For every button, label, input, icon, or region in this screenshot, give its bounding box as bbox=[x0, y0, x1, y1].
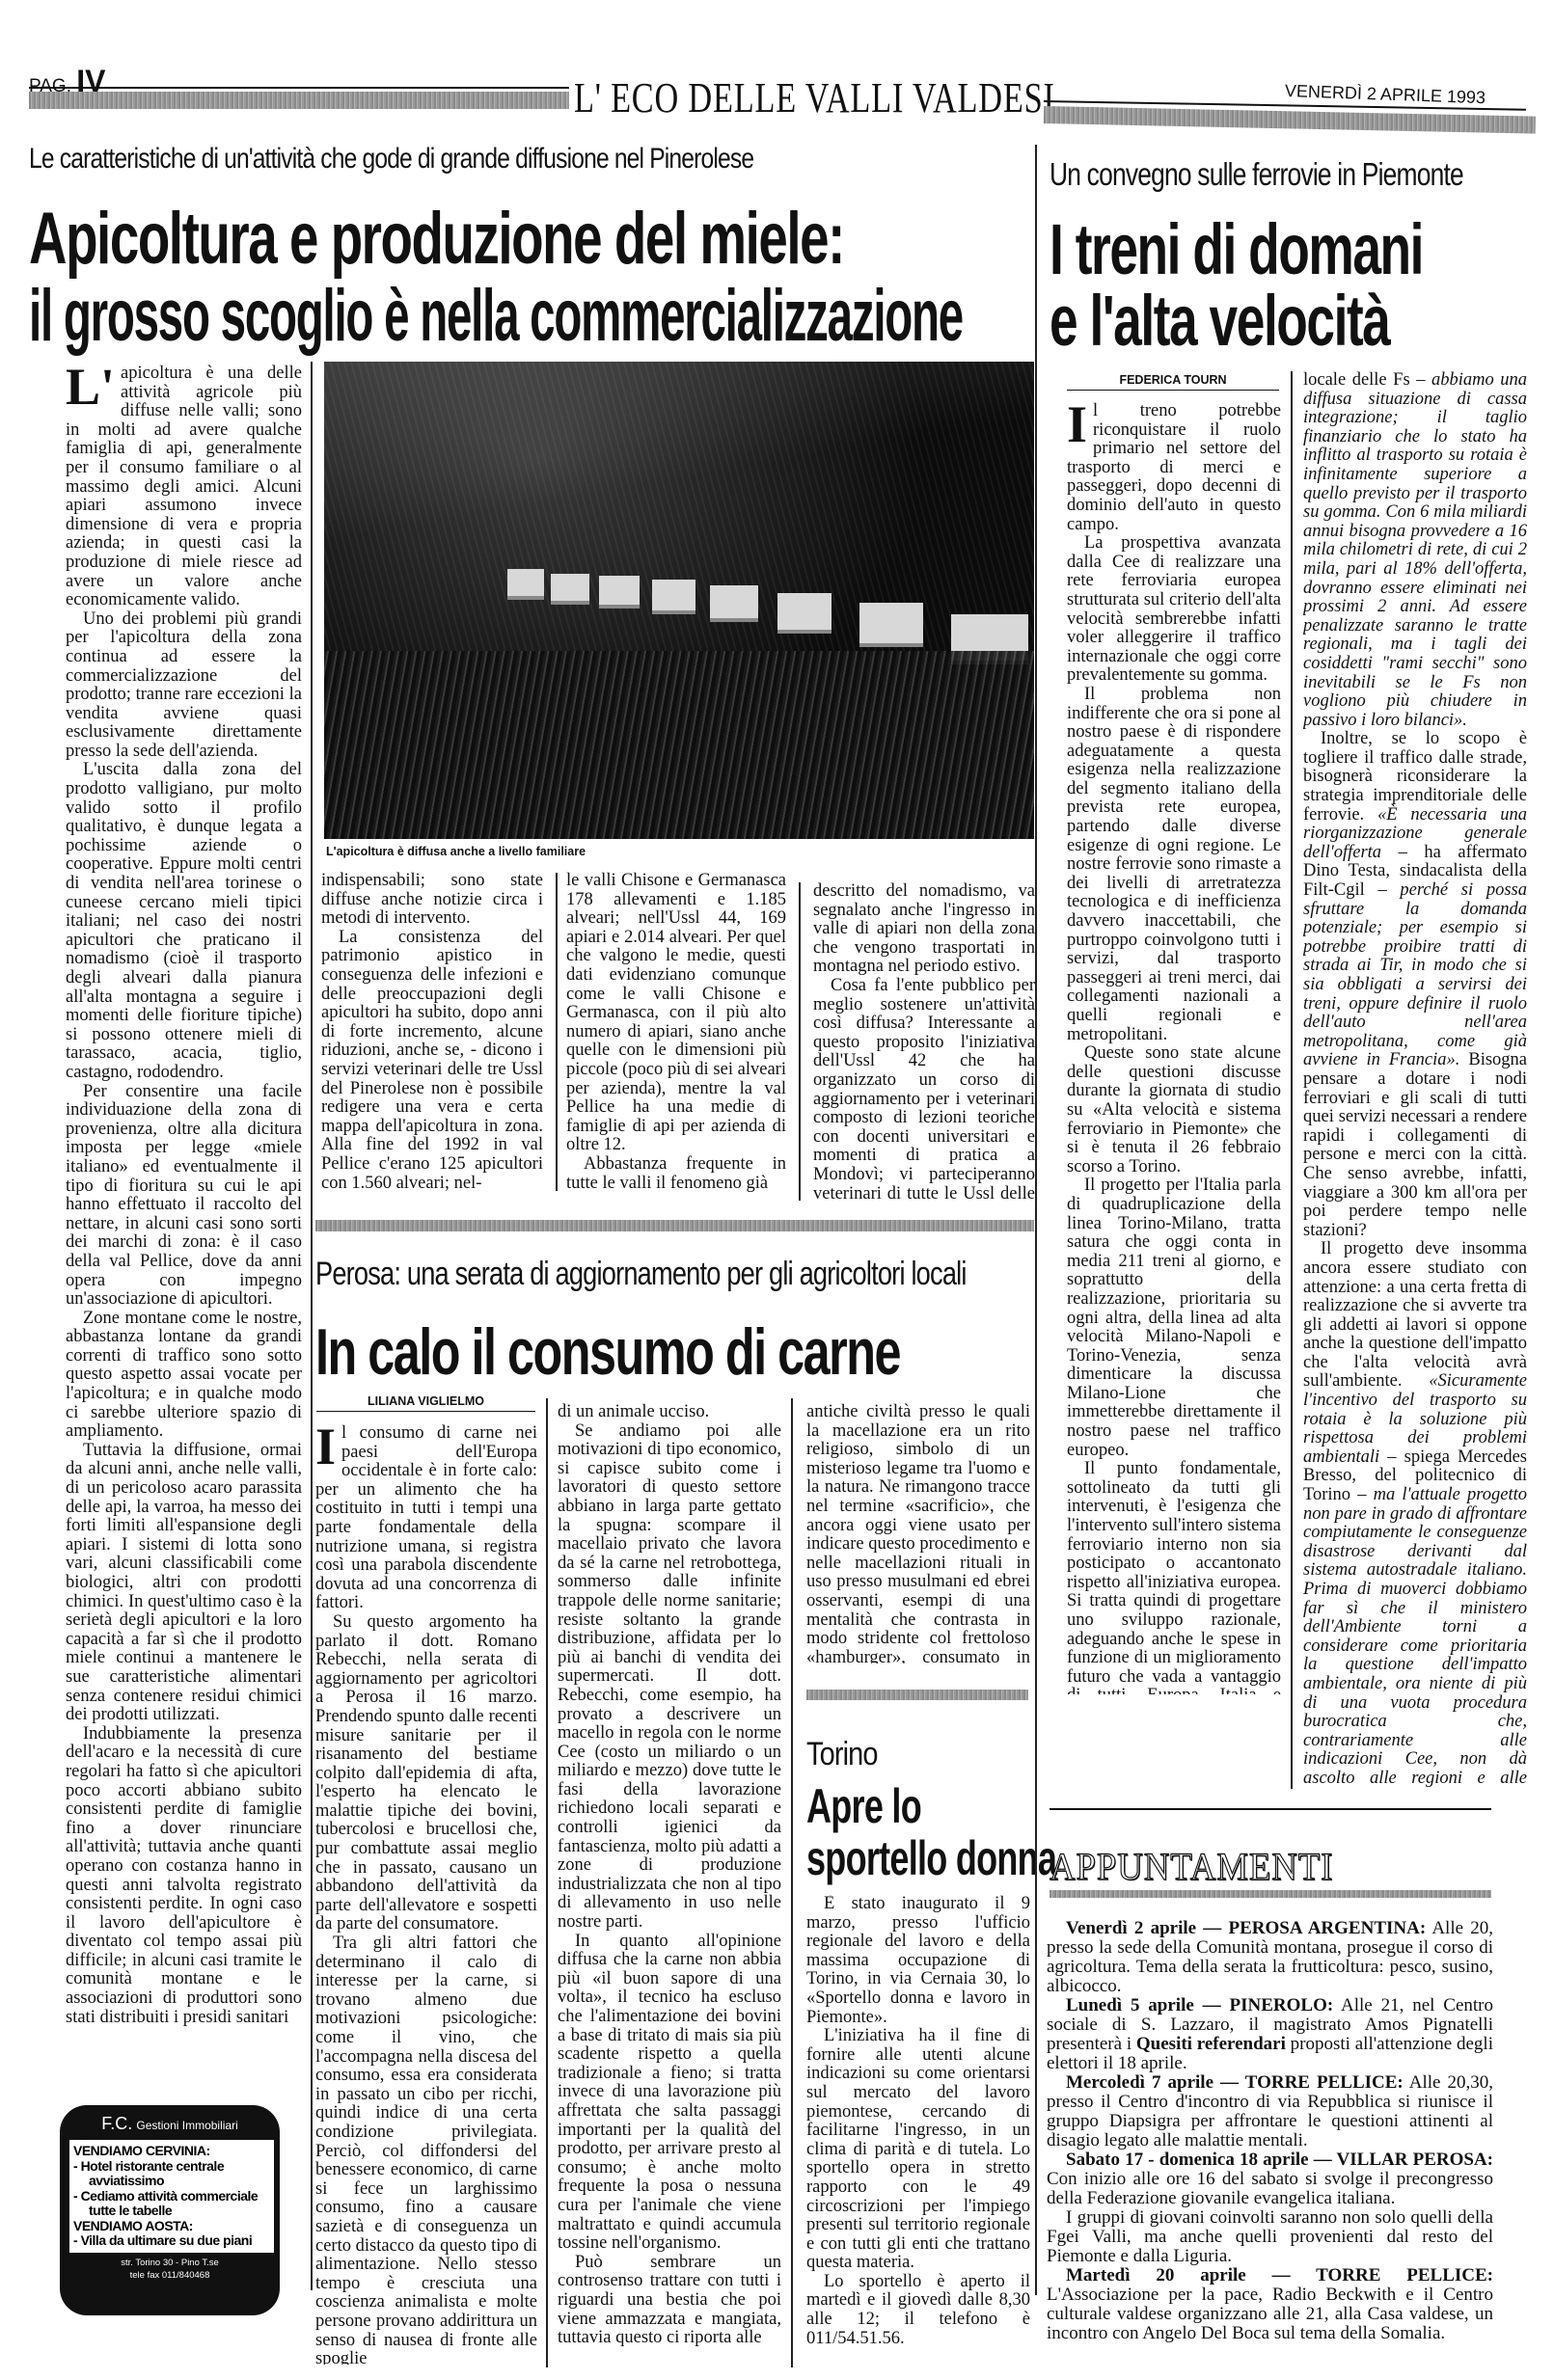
torino-body: È stato inaugurato il 9 marzo, presso l'… bbox=[806, 1895, 1030, 2358]
torino-kicker: Torino bbox=[806, 1736, 878, 1773]
photo-caption: L'apicoltura è diffusa anche a livello f… bbox=[326, 845, 586, 858]
trains-column-2: locale delle Fs – abbiamo una diffusa si… bbox=[1303, 371, 1527, 1789]
ad-heading: VENDIAMO CERVINIA: bbox=[73, 2144, 270, 2159]
ad-listing: VENDIAMO CERVINIA: - Hotel ristorante ce… bbox=[69, 2140, 274, 2253]
appointments-band bbox=[1050, 1890, 1491, 1898]
appointments-list: Venerdì 2 aprile — PEROSA ARGENTINA: All… bbox=[1047, 1919, 1493, 2343]
newspaper-title: L' ECO DELLE VALLI VALDESI bbox=[574, 73, 1055, 122]
bees-column-2: indispensabili; sono state diffuse anche… bbox=[321, 872, 543, 1200]
meat-column-3: antiche civiltà presso le quali la macel… bbox=[806, 1403, 1030, 1663]
appointment-item: Mercoledì 7 aprile — TORRE PELLICE: Alle… bbox=[1047, 2073, 1493, 2150]
trains-column-1: Il treno potrebbe riconquistare il ruolo… bbox=[1067, 402, 1281, 1694]
meat-column-1: Il consumo di carne nei paesi dell'Europ… bbox=[315, 1424, 537, 2365]
column-divider bbox=[556, 873, 558, 1191]
appointment-item: Venerdì 2 aprile — PEROSA ARGENTINA: All… bbox=[1047, 1919, 1493, 1996]
ad-item: - Cediamo attività commerciale tutte le … bbox=[73, 2189, 270, 2219]
torino-headline-line2: sportello donna bbox=[806, 1834, 1056, 1882]
ad-address: str. Torino 30 - Pino T.se bbox=[60, 2257, 280, 2269]
section-rule bbox=[1050, 1808, 1491, 1810]
bees-column-4: descritto del nomadismo, va segnalato an… bbox=[813, 882, 1035, 1201]
bees-column-3: le valli Chisone e Germanasca 178 alleva… bbox=[566, 872, 786, 1200]
section-separator-band bbox=[806, 1690, 1028, 1700]
appointments-title: APPUNTAMENTI bbox=[1050, 1844, 1333, 1889]
column-divider bbox=[1035, 145, 1037, 2295]
section-separator-band bbox=[315, 1220, 1034, 1231]
trains-kicker: Un convegno sulle ferrovie in Piemonte bbox=[1050, 156, 1463, 193]
appointment-item: Martedì 20 aprile — TORRE PELLICE: L'Ass… bbox=[1047, 2266, 1493, 2343]
masthead-band-left bbox=[29, 92, 569, 109]
beehive-box bbox=[551, 574, 589, 605]
beehive-box bbox=[859, 603, 923, 647]
dropcap: I bbox=[315, 1426, 336, 1467]
beehives-photo bbox=[324, 362, 1034, 839]
appointment-item: I gruppi di giovani coinvolti saranno no… bbox=[1047, 2208, 1493, 2266]
appointment-item: Lunedì 5 aprile — PINEROLO: Alle 21, nel… bbox=[1047, 1996, 1493, 2073]
ad-company: F.C. bbox=[101, 2114, 132, 2133]
meat-headline: In calo il consumo di carne bbox=[315, 1319, 900, 1385]
meat-byline: LILIANA VIGLIELMO bbox=[316, 1394, 535, 1412]
column-divider bbox=[546, 1398, 548, 2367]
trains-byline: FEDERICA TOURN bbox=[1067, 373, 1279, 391]
beehive-box bbox=[777, 593, 832, 634]
bees-headline-line2: il grosso scoglio è nella commercializza… bbox=[29, 280, 963, 353]
beehive-box bbox=[652, 580, 695, 614]
ad-heading: VENDIAMO AOSTA: bbox=[73, 2219, 270, 2234]
bees-headline-line1: Apicoltura e produzione del miele: bbox=[29, 203, 844, 276]
trains-headline-line1: I treni di domani bbox=[1050, 214, 1423, 285]
masthead: PAG. IV L' ECO DELLE VALLI VALDESI VENER… bbox=[0, 0, 1554, 121]
bees-kicker: Le caratteristiche di un'attività che go… bbox=[29, 143, 753, 176]
masthead-band-right bbox=[1044, 106, 1536, 134]
column-divider bbox=[1291, 371, 1293, 1789]
column-divider bbox=[791, 1398, 793, 2367]
dropcap: L' bbox=[66, 366, 115, 407]
ad-item: - Hotel ristorante centrale avviatissimo bbox=[73, 2159, 270, 2189]
beehive-box bbox=[710, 585, 758, 622]
torino-headline-line1: Apre lo bbox=[806, 1782, 921, 1830]
ad-item: - Villa da ultimare su due piani bbox=[73, 2233, 270, 2249]
dropcap: I bbox=[1067, 404, 1087, 445]
column-divider bbox=[311, 362, 313, 2290]
meat-kicker: Perosa: una serata di aggiornamento per … bbox=[315, 1256, 967, 1293]
beehive-box bbox=[507, 569, 544, 600]
masthead-rule-left bbox=[29, 87, 569, 89]
beehive-box bbox=[599, 576, 640, 609]
ad-phone: tele fax 011/840468 bbox=[60, 2269, 280, 2282]
meat-column-2: di un animale ucciso. Se andiamo poi all… bbox=[558, 1403, 781, 2367]
bees-column-1: L'apicoltura è una delle attività agrico… bbox=[66, 365, 302, 2081]
appointment-item: Sabato 17 - domenica 18 aprile — VILLAR … bbox=[1047, 2150, 1493, 2208]
column-divider bbox=[799, 882, 801, 1201]
ad-company-subtitle: Gestioni Immobiliari bbox=[136, 2119, 237, 2132]
real-estate-advertisement: F.C. Gestioni Immobiliari VENDIAMO CERVI… bbox=[60, 2105, 280, 2315]
trains-headline-line2: e l'alta velocità bbox=[1050, 285, 1389, 357]
